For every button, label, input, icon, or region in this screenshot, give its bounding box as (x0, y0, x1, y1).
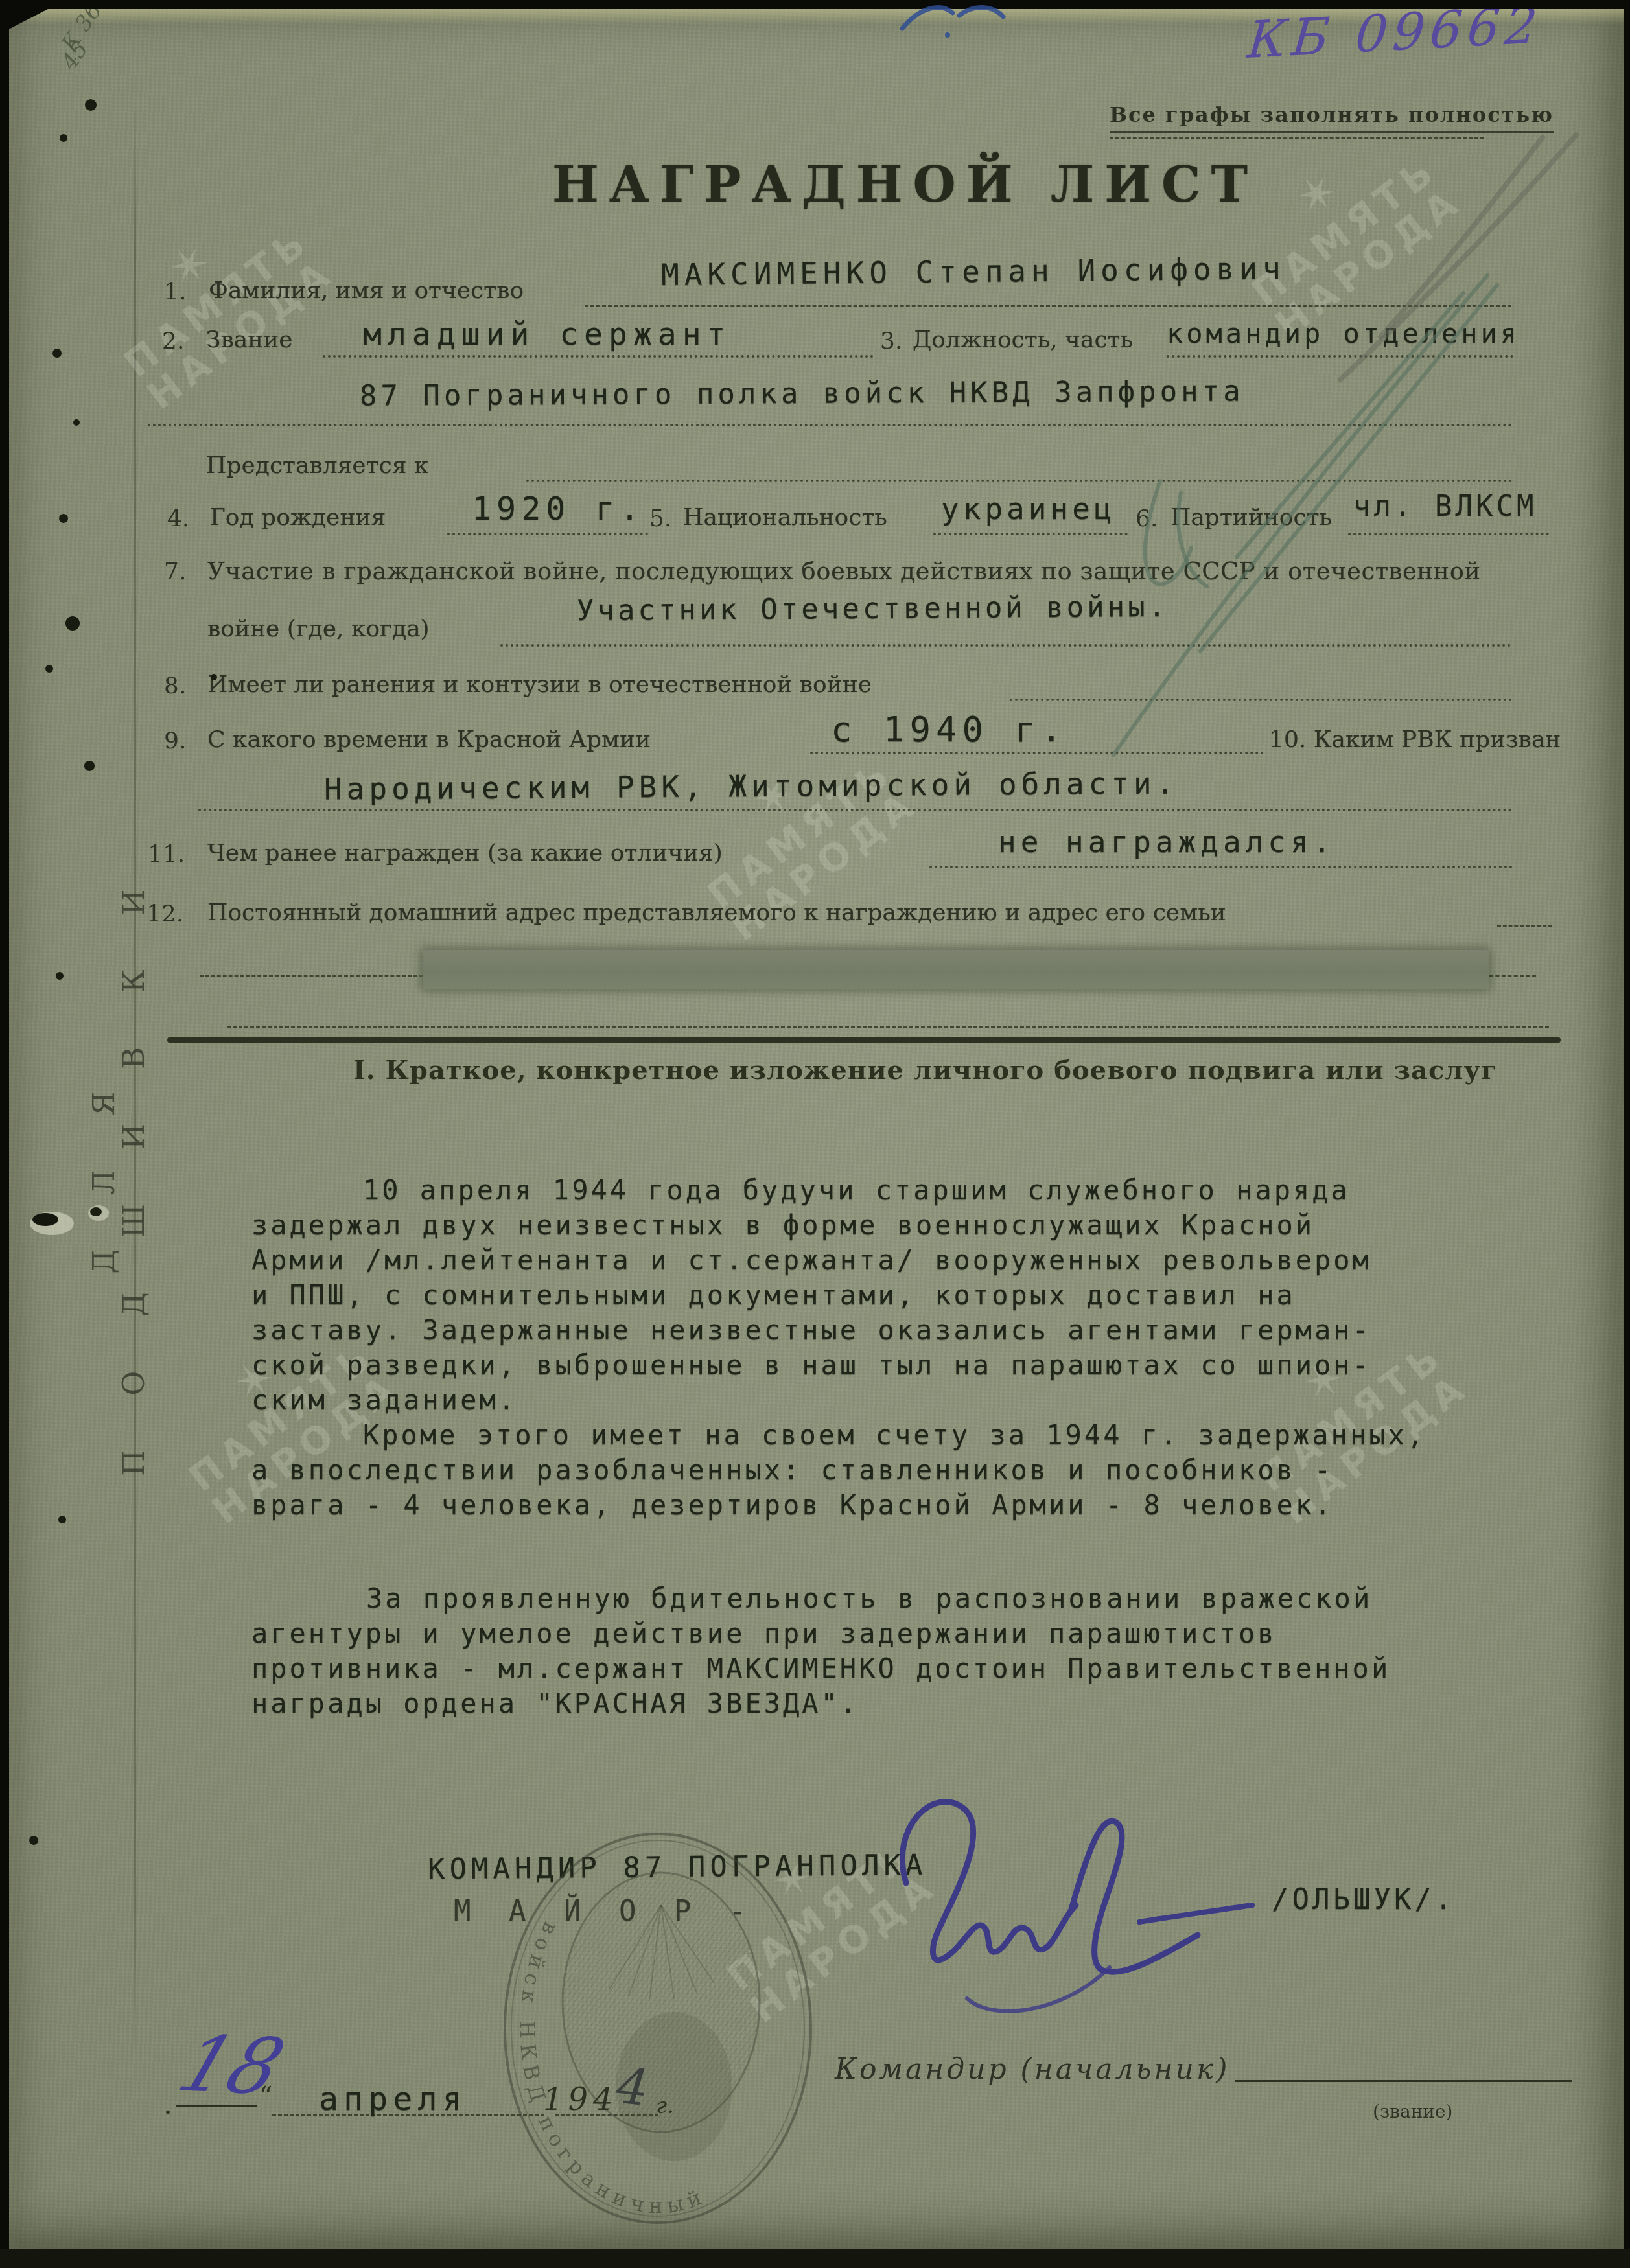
field6-fill-line (1348, 533, 1549, 535)
field8-label: Имеет ли ранения и контузии в отечествен… (207, 671, 872, 698)
field7-label-line2: войне (где, когда) (207, 616, 430, 642)
citation-line: агентуры и умелое действие при задержани… (251, 1617, 1276, 1649)
commander-signature-line (1235, 2080, 1572, 2082)
field12-fill-line-end (1497, 925, 1552, 927)
citation-line: врага - 4 человека, дезертиров Красной А… (251, 1489, 1333, 1521)
field1-label: Фамилия, имя и отчество (209, 277, 524, 304)
citation-line: За проявленную бдительность в распознова… (366, 1582, 1372, 1614)
date-day-underline (176, 2105, 257, 2107)
field3-value-unit: 87 Пограничного полка войск НКВД Запфрон… (360, 375, 1244, 412)
instruction-underline (1110, 137, 1484, 139)
field7-fill-line (500, 644, 1511, 647)
field6-number: 6. (1135, 505, 1158, 532)
commander-name-typed: /ОЛЬШУК/. (1272, 1883, 1455, 1916)
citation-line: заставу. Задержанные неизвестные оказали… (251, 1314, 1371, 1346)
field11-label: Чем ранее награжден (за какие отличия) (207, 840, 723, 866)
field5-fill-line (933, 533, 1128, 535)
date-day-quote: “ (259, 2081, 272, 2111)
citation-line: Кроме этого имеет на своем счету за 1944… (363, 1419, 1426, 1451)
field7-number: 7. (164, 559, 186, 585)
field2-fill-line (323, 355, 874, 358)
field10-fill-line (198, 809, 1513, 811)
field4-value-birthyear: 1920 г. (472, 490, 645, 527)
field3-label: Должность, часть (913, 327, 1133, 353)
citation-line: а впоследствии разоблаченных: ставленник… (251, 1454, 1333, 1486)
field11-value: не награждался. (998, 824, 1335, 859)
date-month-typed: апреля (319, 2080, 467, 2118)
field2-label: Звание (206, 327, 292, 353)
field11-number: 11. (148, 841, 185, 868)
section1-heading: I. Краткое, конкретное изложение личного… (353, 1055, 1498, 1085)
field5-number: 5. (649, 505, 671, 532)
scanned-award-sheet: ✶ ПАМЯТЬ НАРОДА ✶ ПАМЯТЬ НАРОДА ✶ ПАМЯТЬ… (0, 0, 1630, 2268)
field3-value-position: командир отделения (1167, 318, 1520, 349)
rank-hint-label: (звание) (1373, 2101, 1452, 2122)
field4-number: 4. (167, 505, 189, 532)
field3-fill-line (1167, 355, 1513, 358)
unit-fill-line (148, 424, 1513, 426)
field10-label: 10. Каким РВК призван (1269, 726, 1561, 753)
page-title: НАГРАДНОЙ ЛИСТ (552, 156, 1258, 213)
field3-number: 3. (880, 328, 902, 354)
form-instruction: Все графы заполнять полностью (1110, 102, 1554, 133)
field1-number: 1. (164, 279, 186, 305)
field6-value-party: чл. ВЛКСМ (1353, 490, 1537, 523)
field5-value-nationality: украинец (941, 491, 1116, 526)
citation-line: Армии /мл.лейтенанта и ст.сержанта/ воор… (251, 1244, 1371, 1276)
field8-number: 8. (164, 673, 186, 699)
field11-fill-line (929, 866, 1513, 868)
citation-line: 10 апреля 1944 года будучи старшим служе… (363, 1174, 1350, 1206)
citation-line: задержал двух неизвестных в форме военно… (251, 1209, 1314, 1241)
presented-for-label: Представляется к (206, 452, 428, 479)
presented-for-fill-line (526, 480, 1513, 482)
field10-value-rvk: Народическим РВК, Житомирской области. (324, 765, 1179, 806)
field12-label: Постоянный домашний адрес представляемог… (207, 899, 1226, 926)
field9-fill-line (810, 752, 1264, 754)
redacted-address-block (423, 950, 1489, 989)
citation-line: награды ордена "КРАСНАЯ ЗВЕЗДА". (251, 1687, 859, 1719)
commander-signature-label: Командир (начальник) (835, 2053, 1229, 2086)
citation-line: ской разведки, выброшенные в наш тыл на … (251, 1349, 1371, 1381)
blank-fill-line (227, 1026, 1549, 1028)
citation-line: и ППШ, с сомнительными документами, кото… (251, 1279, 1296, 1311)
field2-number: 2. (162, 328, 184, 354)
field7-value: Участник Отечественной войны. (577, 590, 1169, 627)
stamp-smudge (616, 2012, 732, 2161)
field5-label: Национальность (683, 504, 887, 531)
field9-label: С какого времени в Красной Армии (207, 726, 651, 753)
scan-bottom-strip (0, 2249, 1630, 2268)
field4-label: Год рождения (210, 504, 386, 531)
field9-value-army-since: с 1940 г. (831, 709, 1067, 750)
field2-value-rank: младший сержант (363, 316, 731, 353)
address-fill-line-left (200, 975, 423, 977)
unit-round-stamp: войск НКВД пограничный (480, 1808, 843, 2249)
address-fill-line-right (1489, 975, 1536, 977)
field7-label-line1: Участие в гражданской войне, последующих… (207, 557, 1481, 585)
section-divider-rule (167, 1037, 1561, 1043)
field6-label: Партийность (1170, 504, 1332, 531)
field1-value-name: МАКСИМЕНКО Степан Иосифович (661, 251, 1286, 292)
citation-line: ским заданием. (251, 1384, 517, 1416)
field9-number: 9. (164, 728, 186, 754)
field12-number: 12. (146, 901, 183, 927)
field1-fill-line (585, 305, 1511, 307)
margin-filing-text: ДЛЯ ПОДШИВКИ (89, 650, 119, 1661)
field8-fill-line (1010, 699, 1512, 701)
citation-line: противника - мл.сержант МАКСИМЕНКО досто… (251, 1652, 1390, 1684)
field4-fill-line (447, 533, 648, 535)
